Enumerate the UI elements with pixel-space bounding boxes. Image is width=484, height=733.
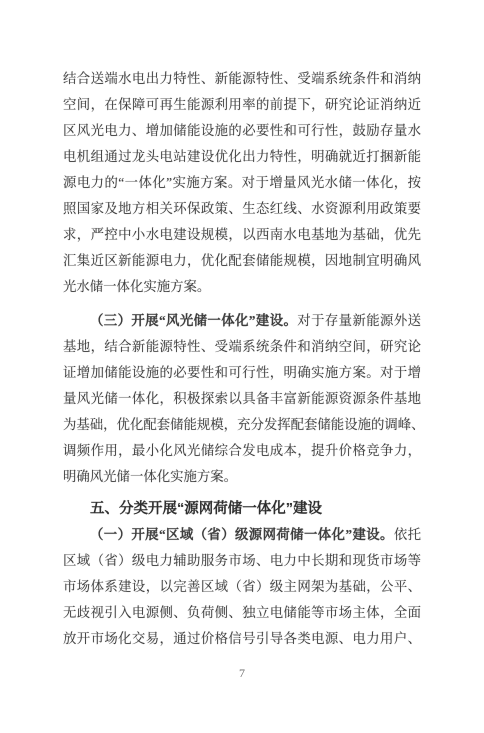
text-segment: 基地，结合新能源特性、受端系统条件和消纳空间，研究论 [63,339,421,354]
text-segment: 源电力的“一体化”实施方案。对于增量风光水储一体化，按 [63,175,421,190]
text-segment: 五、分类开展“源网荷储一体化”建设 [90,501,322,517]
text-segment: 明确风光储一体化实施方案。 [63,469,237,484]
text-line: 无歧视引入电源侧、负荷侧、独立电储能等市场主体，全面 [63,600,421,626]
text-line: （三）开展“风光储一体化”建设。对于存量新能源外送 [63,308,421,334]
text-segment: 市场体系建设，以完善区域（省）级主网架为基础，公平、 [63,579,421,594]
text-segment: 光水储一体化实施方案。 [63,279,210,294]
text-line: （一）开展“区域（省）级源网荷储一体化”建设。依托 [63,522,421,548]
paragraph-continuation: 结合送端水电出力特性、新能源特性、受端系统条件和消纳空间，在保障可再生能源利用率… [63,66,421,300]
text-segment: 调频作用，最小化风光储综合发电成本，提升价格竞争力， [63,443,421,458]
text-segment: 结合送端水电出力特性、新能源特性、受端系统条件和消纳 [63,71,421,86]
text-segment: 区域（省）级电力辅助服务市场、电力中长期和现货市场等 [63,553,421,568]
text-segment: 照国家及地方相关环保政策、生态红线、水资源利用政策要 [63,201,421,216]
text-segment: 对于存量新能源外送 [297,313,421,328]
text-line: 结合送端水电出力特性、新能源特性、受端系统条件和消纳 [63,66,421,92]
text-line: 明确风光储一体化实施方案。 [63,464,421,490]
text-segment: 量风光储一体化，积极探索以具备丰富新能源资源条件基地 [63,391,421,406]
text-line: 电机组通过龙头电站建设优化出力特性，明确就近打捆新能 [63,144,421,170]
text-line: 基地，结合新能源特性、受端系统条件和消纳空间，研究论 [63,334,421,360]
text-line: 空间，在保障可再生能源利用率的前提下，研究论证消纳近 [63,92,421,118]
text-segment: 空间，在保障可再生能源利用率的前提下，研究论证消纳近 [63,97,421,112]
text-segment: 求，严控中小水电建设规模，以西南水电基地为基础，优先 [63,227,421,242]
paragraph-item-three: （三）开展“风光储一体化”建设。对于存量新能源外送基地，结合新能源特性、受端系统… [63,308,421,490]
section-heading-five: 五、分类开展“源网荷储一体化”建设 [63,496,421,522]
text-line: 放开市场化交易，通过价格信号引导各类电源、电力用户、 [63,626,421,652]
text-line: 求，严控中小水电建设规模，以西南水电基地为基础，优先 [63,222,421,248]
text-line: 五、分类开展“源网荷储一体化”建设 [63,496,421,522]
text-segment: 电机组通过龙头电站建设优化出力特性，明确就近打捆新能 [63,149,421,164]
text-segment: 放开市场化交易，通过价格信号引导各类电源、电力用户、 [63,631,421,646]
text-line: 调频作用，最小化风光储综合发电成本，提升价格竞争力， [63,438,421,464]
text-segment: 依托 [394,527,421,542]
text-line: 照国家及地方相关环保政策、生态红线、水资源利用政策要 [63,196,421,222]
text-line: 源电力的“一体化”实施方案。对于增量风光水储一体化，按 [63,170,421,196]
document-page: 结合送端水电出力特性、新能源特性、受端系统条件和消纳空间，在保障可再生能源利用率… [0,0,484,733]
text-segment: 汇集近区新能源电力，优化配套储能规模，因地制宜明确风 [63,253,421,268]
text-line: 证增加储能设施的必要性和可行性，明确实施方案。对于增 [63,360,421,386]
text-line: 量风光储一体化，积极探索以具备丰富新能源资源条件基地 [63,386,421,412]
text-segment: 区风光电力、增加储能设施的必要性和可行性，鼓励存量水 [63,123,421,138]
text-line: 汇集近区新能源电力，优化配套储能规模，因地制宜明确风 [63,248,421,274]
text-line: 区域（省）级电力辅助服务市场、电力中长期和现货市场等 [63,548,421,574]
text-line: 为基础，优化配套储能规模，充分发挥配套储能设施的调峰、 [63,412,421,438]
text-segment: 证增加储能设施的必要性和可行性，明确实施方案。对于增 [63,365,421,380]
document-body: 结合送端水电出力特性、新能源特性、受端系统条件和消纳空间，在保障可再生能源利用率… [63,66,421,652]
text-segment: （一）开展“区域（省）级源网荷储一体化”建设。 [90,527,394,542]
text-line: 光水储一体化实施方案。 [63,274,421,300]
text-segment: （三）开展“风光储一体化”建设。 [90,313,297,328]
text-line: 区风光电力、增加储能设施的必要性和可行性，鼓励存量水 [63,118,421,144]
text-segment: 为基础，优化配套储能规模，充分发挥配套储能设施的调峰、 [63,417,425,432]
page-number: 7 [0,666,484,680]
text-segment: 无歧视引入电源侧、负荷侧、独立电储能等市场主体，全面 [63,605,421,620]
paragraph-item-one: （一）开展“区域（省）级源网荷储一体化”建设。依托区域（省）级电力辅助服务市场、… [63,522,421,652]
text-line: 市场体系建设，以完善区域（省）级主网架为基础，公平、 [63,574,421,600]
